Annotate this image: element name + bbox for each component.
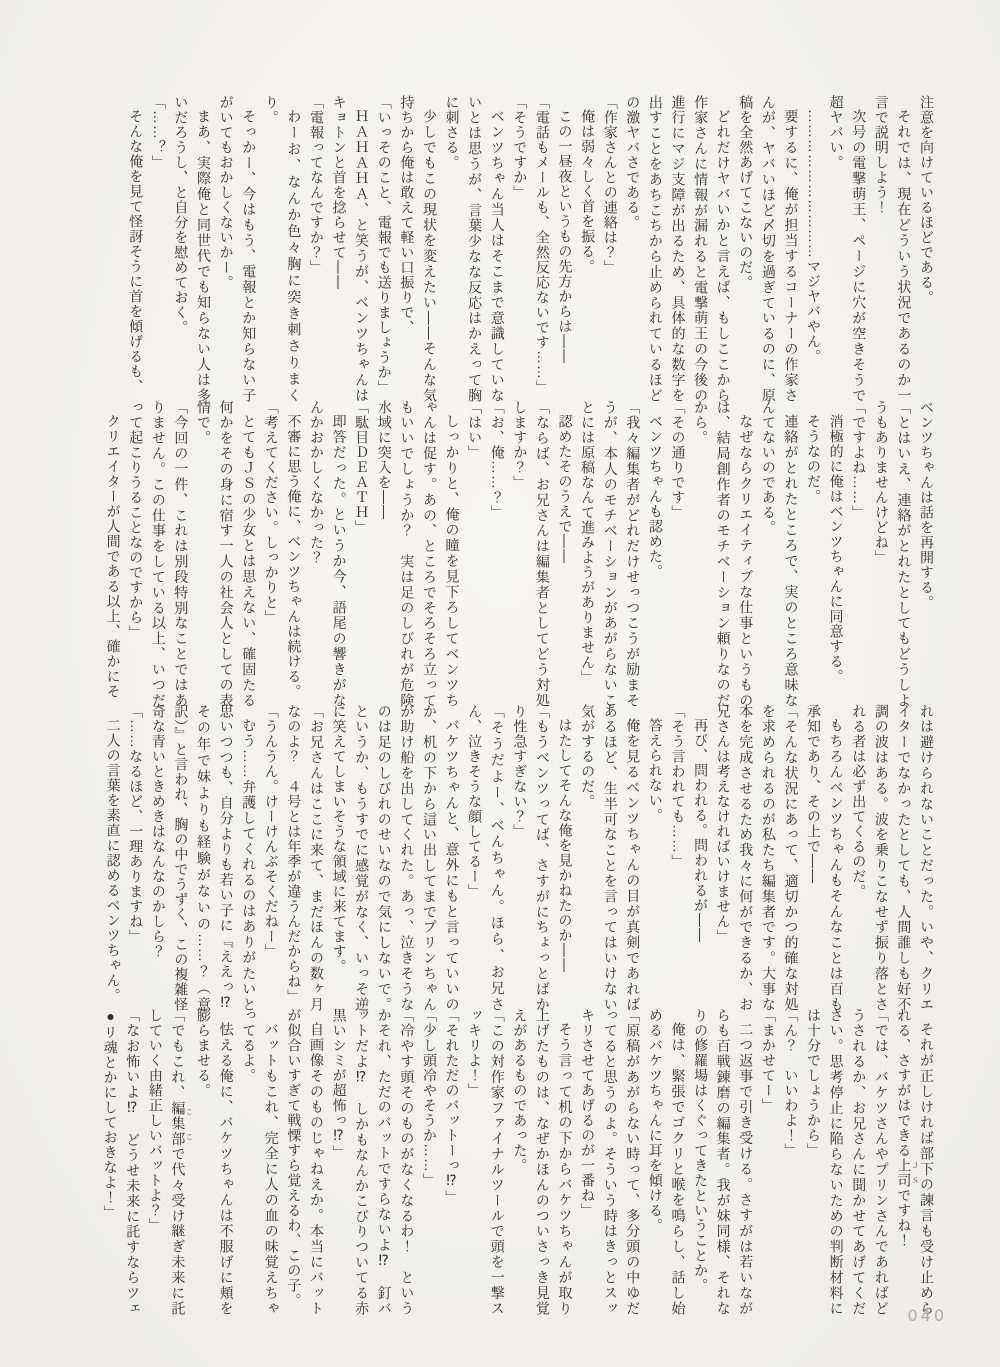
paragraph: そんな俺を見て怪訝そうに首を傾げるも、 <box>125 95 148 403</box>
paragraph: それでは、現在どういう状況であるのか一言で説明しよう！ <box>870 95 915 403</box>
paragraph: 認めたそのうえで―― <box>554 400 577 708</box>
text-band-3: れは避けられないことだった。いや、クリエイターでなかったとしても、人間誰しも好不… <box>90 704 938 1012</box>
paragraph: 「とはいえ、連絡がとれたとしてもどうしようもありませんけどね」 <box>870 400 915 708</box>
paragraph: バケツちゃんと、意外にもと言っていいのか、机の下から這い出してまでプリンちゃんが… <box>328 704 464 1012</box>
paragraph: 「なお怖いよ⁉ どうせ未来に託すならツェ●リ魂とかにしておきなよ！」 <box>99 1008 144 1316</box>
paragraph: …………………………マジヤバやん。 <box>802 95 825 403</box>
text-band-4: それが正しければ部下の諫言も受け止められる、さすがはできる上司ＪＳですね！「では… <box>90 1008 938 1316</box>
paragraph: この一昼夜というもの先方からは―― <box>554 95 577 403</box>
paragraph: 「電報ってなんですか？」 <box>305 95 328 403</box>
paragraph: 「お、俺……？」 <box>486 400 509 708</box>
paragraph: 二人の言葉を素直に認めるベンツちゃん。 <box>102 704 125 1012</box>
page-number: 040 <box>907 1306 947 1325</box>
paragraph: 「そうですか」 <box>509 95 532 403</box>
paragraph: 自画像そのものじゃねえか。本当にバットが似合いすぎて戦慄すら覚えるわ、この子。 <box>283 1008 328 1316</box>
paragraph: そうなのだ。 <box>802 400 825 708</box>
paragraph: 答えられない。 <box>644 704 667 1012</box>
paragraph: 「……なるほど、一理ありますね」 <box>125 704 148 1012</box>
paragraph: 怯える俺に、バケツちゃんは不服げに頬を膨らませる。 <box>192 1008 237 1316</box>
paragraph: 「もうベンツってば、さすがにちょっとばかり性急すぎない？」 <box>509 704 554 1012</box>
paragraph: もちろんベンツちゃんもそんなことは百も承知であり、その上で―― <box>802 704 847 1012</box>
paragraph: 「電話もメールも、全然反応ないです……」 <box>531 95 554 403</box>
text-band-2: ベンツちゃんは話を再開する。「とはいえ、連絡がとれたとしてもどうしようもありませ… <box>90 400 938 708</box>
paragraph: 「その通りです」 <box>667 400 690 708</box>
paragraph: れは避けられないことだった。いや、クリエイターでなかったとしても、人間誰しも好不… <box>848 704 938 1012</box>
paragraph: 「でもこれ、編集部ここで代々受け継ぎ未来に託していく由緒正しいバットよ？」 <box>144 1008 192 1316</box>
paragraph: 俺を見るベンツちゃんの目が真剣であればあるほど、生半可なことを言ってはいけない気… <box>577 704 645 1012</box>
paragraph: 「ならば、お兄さんは編集者としてどう対処しますか？」 <box>509 400 554 708</box>
paragraph: 「はい」 <box>464 400 487 708</box>
paragraph: 「少し頭冷やそうか……」 <box>418 1008 441 1316</box>
paragraph: 二つ返事で引き受ける。さすがは若いながらも百戦錬磨の編集者。我が妹同様、それなり… <box>689 1008 757 1316</box>
paragraph: ベンツちゃんは話を再開する。 <box>915 400 938 708</box>
paragraph: そっかー、今はもう、電報とか知らない子がいてもおかしくないかー。 <box>215 95 260 403</box>
paragraph: 次号の電撃萌王、ページに穴が空きそうで超ヤバい。 <box>825 95 870 403</box>
paragraph: 要するに、俺が担当するコーナーの作家さんが、ヤバいほど〆切を過ぎているのに、原稿… <box>735 95 803 403</box>
paragraph: 俺は弱々しく首を振る。 <box>577 95 600 403</box>
paragraph: なぜならクリエイティブな仕事というものは、結局創作者のモチベーション頼りなのだか… <box>689 400 757 708</box>
paragraph: 「それただのバットーっ⁉」 <box>441 1008 464 1316</box>
paragraph: しっかりと、俺の瞳を見下ろしてベンツちゃんは促す。あの、ところでそろそろ立っても… <box>373 400 463 708</box>
paragraph: 不審に思う俺に、ベンツちゃんは続ける。 <box>283 400 306 708</box>
paragraph: 「この対作家ファイナルツールで頭を一撃スッキリよ！」 <box>464 1008 509 1316</box>
paragraph: 即答だった。というか今、語尾の響きがなんかおかしくなかった？ <box>305 400 350 708</box>
paragraph: 「では、バケツさんやプリンさんであればどうされるか、お兄さんに聞かせてあげてくだ… <box>802 1008 892 1316</box>
paragraph: 「うんうん。けーけんぶそくだねー」 <box>260 704 283 1012</box>
paragraph: 「お兄さんはここに来て、まだほんの数ヶ月なのよ？ ４号とは年季が違うんだからね」 <box>283 704 328 1012</box>
paragraph: 「まかせてー」 <box>757 1008 780 1316</box>
paragraph: バットもこれ、完全に人の血の味覚えちゃってるよ。 <box>238 1008 283 1316</box>
paragraph: 「いっそのこと、電報でも送りましょうか」 <box>373 95 396 403</box>
paragraph: 「ですよね……」 <box>848 400 871 708</box>
paragraph: 「そう言われても……」 <box>667 704 690 1012</box>
paragraph: どれだけヤバいかと言えば、もしここから作家さんに情報が漏れると電撃萌王の今後の進… <box>622 95 735 403</box>
paragraph: はたしてそんな俺を見かねたのか―― <box>554 704 577 1012</box>
paragraph: 「駄目ＤＥＡＴＨ」 <box>351 400 374 708</box>
paragraph: それが正しければ部下の諫言も受け止められる、さすがはできる上司ＪＳですね！ <box>893 1008 938 1316</box>
paragraph: 注意を向けているほどである。 <box>915 95 938 403</box>
paragraph: 「そうだよー、べんちゃん。ほら、お兄さん、泣きそうな顔してるー」 <box>464 704 509 1012</box>
paragraph: 「原稿があがらない時って、多分頭の中ゆだってると思うのよ。そういう時はきっとスッ… <box>577 1008 645 1316</box>
paragraph: 「我々編集者がどれだけせっつこうが励まそうが、本人のモチベーションがあがらないこ… <box>577 400 645 708</box>
paragraph: 再び、問われる。問われるが―― <box>689 704 712 1012</box>
paragraph: とてもＪＳの少女とは思えない、確固たる何かをその身に宿す一人の社会人としての表情… <box>192 400 260 708</box>
paragraph: 連絡がとれたところで、実のところ意味なんてないのである。 <box>757 400 802 708</box>
paragraph: むう……弁護してくれるのはありがたいと思いつつも、自分よりも若い子に『ええっ⁉ … <box>147 704 260 1012</box>
paragraph: まあ、実際俺と同世代でも知らない人は多いだろうし、と自分を慰めておく。 <box>170 95 215 403</box>
paragraph: わーお、なんか色々胸に突き刺さりまくり。 <box>260 95 305 403</box>
paragraph: 少しでもこの現状を変えたい――そんな気持ちから俺は敢えて軽い口振りで、 <box>396 95 441 403</box>
paragraph: クリエイターが人間である以上、確かにそ <box>102 400 125 708</box>
paragraph: 「そんな状況にあって、適切かつ的確な対処を求められるのが私たち編集者です。大事な… <box>712 704 802 1012</box>
text-band-1: 注意を向けているほどである。それでは、現在どういう状況であるのか一言で説明しよう… <box>90 95 938 403</box>
paragraph: 「ん？ いいわよ！」 <box>780 1008 803 1316</box>
paragraph: 「作家さんとの連絡は？」 <box>599 95 622 403</box>
paragraph: 「冷やす頭そのものがなくなるわ！ というかそれ、ただのバットですらないよ⁉ 釘バ… <box>328 1008 418 1316</box>
paragraph: 「……？」 <box>147 95 170 403</box>
paragraph: 俺は、緊張でゴクリと喉を鳴らし、話し始めるバケツちゃんに耳を傾ける。 <box>644 1008 689 1316</box>
paragraph: 消極的に俺はベンツちゃんに同意する。 <box>825 400 848 708</box>
paragraph: 「今回の一件、これは別段特別なことではありません。この仕事をしている以上、いつだ… <box>125 400 193 708</box>
novel-page: 注意を向けているほどである。それでは、現在どういう状況であるのか一言で説明しよう… <box>0 0 1000 1367</box>
paragraph: ベンツちゃん当人はそこまで意識していないとは思うが、言葉少なな反応はかえって胸に… <box>441 95 509 403</box>
paragraph: ＨＡＨＡＨＡ、と笑うが、ベンツちゃんはキョトンと首を捻らせて―― <box>328 95 373 403</box>
paragraph: ベンツちゃんも認めた。 <box>644 400 667 708</box>
paragraph: そう言って机の下からバケツちゃんが取り上げたものは、なぜかほんのついさっき見覚え… <box>509 1008 577 1316</box>
paragraph: 「考えてください。しっかりと」 <box>260 400 283 708</box>
